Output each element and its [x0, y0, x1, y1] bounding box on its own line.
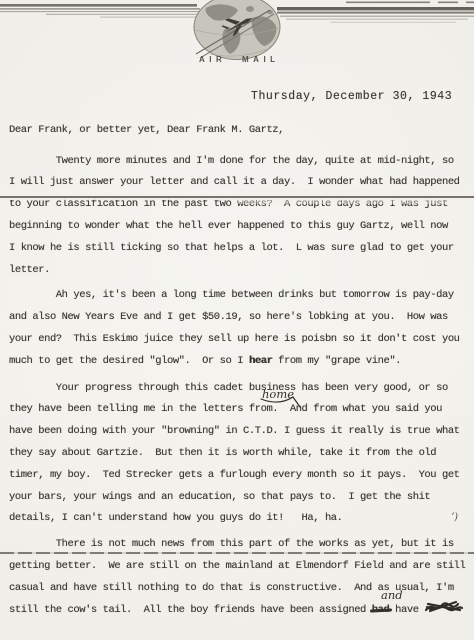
stray-pen-mark: ʼ) — [451, 512, 458, 523]
airmail-label: AIR MAIL — [199, 55, 280, 64]
line-text: much to get the desired "glow". Or so I — [9, 355, 249, 367]
letter-line: your end? This Eskimo juice they sell up… — [9, 329, 471, 351]
overstruck-word: hear — [249, 355, 272, 367]
paragraph-1: Twenty more minutes and I'm done for the… — [9, 151, 471, 282]
letter-line: Twenty more minutes and I'm done for the… — [9, 151, 471, 173]
paragraph-4: There is not much news from this part of… — [9, 534, 471, 621]
letter-line: have been doing with your "browning" in … — [9, 421, 471, 443]
airmail-letterhead: AIR MAIL — [0, 0, 474, 72]
paragraph-3: Your progress through this cadet busines… — [9, 378, 471, 531]
line-text: from my "grape vine". — [272, 355, 401, 367]
letter-line-with-insert: they have been telling me in the letters… — [9, 399, 471, 421]
line-text: they have been telling me in the letters… — [9, 403, 278, 415]
letter-line: timer, my boy. Ted Strecker gets a furlo… — [9, 465, 471, 487]
letter-line-with-corrections: still the cow's tail. All the boy friend… — [9, 600, 471, 622]
letter-line: getting better. We are still on the main… — [9, 556, 471, 578]
speed-lines-left — [0, 4, 206, 18]
date-line: Thursday, December 30, 1943 — [251, 86, 471, 108]
letter-line: letter. — [9, 260, 471, 282]
scanned-letter-page: AIR MAIL Thursday, December 30, 1943 Dea… — [0, 0, 474, 640]
letter-line: Your progress through this cadet busines… — [9, 378, 471, 400]
speed-lines-right — [277, 2, 474, 23]
fold-crease-line-2 — [0, 552, 474, 554]
caret-mark — [259, 392, 307, 410]
letter-line: and also New Years Eve and I get $50.19,… — [9, 307, 471, 329]
scribbled-out-word — [424, 600, 464, 614]
letter-line: your bars, your wings and an education, … — [9, 487, 471, 509]
handwritten-insert-and: and — [381, 585, 403, 607]
letter-line: beginning to wonder what the hell ever h… — [9, 216, 471, 238]
line-text: still the cow's tail. All the boy friend… — [9, 604, 372, 616]
letter-line: much to get the desired "glow". Or so I … — [9, 351, 471, 373]
salutation-line: Dear Frank, or better yet, Dear Frank M.… — [9, 120, 471, 142]
letter-line: Ah yes, it's been a long time between dr… — [9, 285, 471, 307]
letter-body: Thursday, December 30, 1943 Dear Frank, … — [9, 86, 471, 621]
letter-line: they say about Gartzie. But then it is w… — [9, 443, 471, 465]
letter-line: details, I can't understand how you guys… — [9, 508, 471, 530]
fold-crease-line — [0, 196, 474, 198]
paragraph-2: Ah yes, it's been a long time between dr… — [9, 285, 471, 372]
letter-line: I know he is still ticking so that helps… — [9, 238, 471, 260]
